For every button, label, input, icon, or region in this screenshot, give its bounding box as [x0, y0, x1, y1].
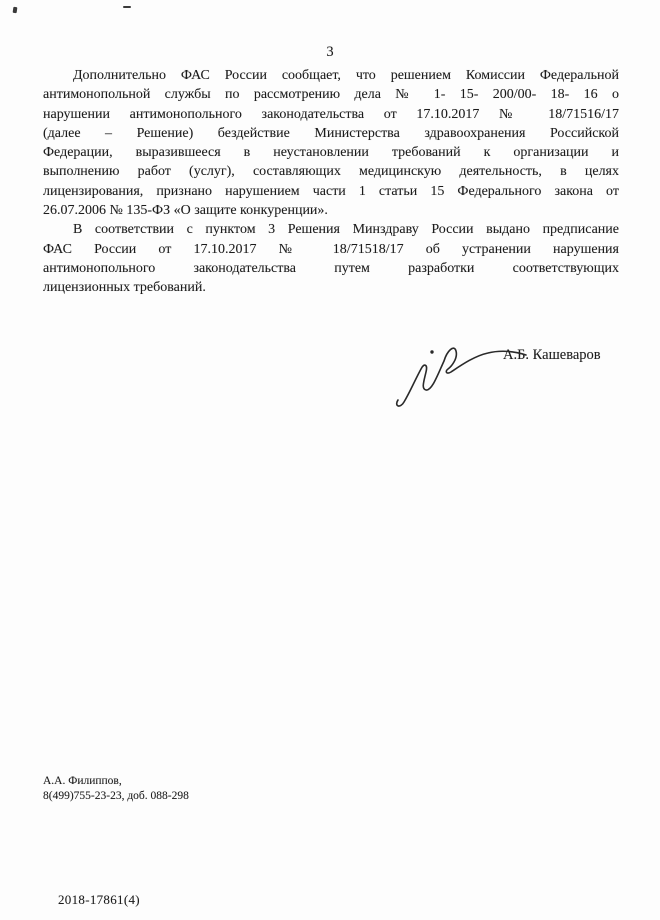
- paragraph-line: нарушении антимонопольного законодательс…: [43, 105, 619, 124]
- paragraph-line: лицензионных требований.: [43, 278, 619, 297]
- paragraph-line: В соответствии с пунктом 3 Решения Минзд…: [43, 220, 619, 239]
- paragraph-line: Федерации, выразившееся в неустановлении…: [43, 143, 619, 162]
- paragraph-line: ФАС России от 17.10.2017 № 18/71518/17 о…: [43, 240, 619, 259]
- paragraph-line: лицензирования, признано нарушением част…: [43, 182, 619, 201]
- handwritten-signature-icon: [388, 336, 528, 418]
- paragraph-line: выполнению работ (услуг), составляющих м…: [43, 162, 619, 181]
- page-number: 3: [0, 44, 660, 61]
- scan-artifact: [123, 6, 131, 8]
- executor-contact: А.А. Филиппов, 8(499)755-23-23, доб. 088…: [43, 774, 189, 804]
- document-page: 3 Дополнительно ФАС России сообщает, что…: [0, 0, 660, 920]
- executor-phone: 8(499)755-23-23, доб. 088-298: [43, 789, 189, 804]
- paragraph-line: антимонопольного законодательства путем …: [43, 259, 619, 278]
- paragraph-line: Дополнительно ФАС России сообщает, что р…: [43, 66, 619, 85]
- letter-body: Дополнительно ФАС России сообщает, что р…: [43, 66, 619, 298]
- document-id: 2018-17861(4): [58, 892, 140, 908]
- scan-artifact: [13, 7, 18, 13]
- executor-name: А.А. Филиппов,: [43, 774, 189, 789]
- paragraph-line: антимонопольной службы по рассмотрению д…: [43, 85, 619, 104]
- paragraph-line: 26.07.2006 № 135-ФЗ «О защите конкуренци…: [43, 201, 619, 220]
- paragraph-line: (далее – Решение) бездействие Министерст…: [43, 124, 619, 143]
